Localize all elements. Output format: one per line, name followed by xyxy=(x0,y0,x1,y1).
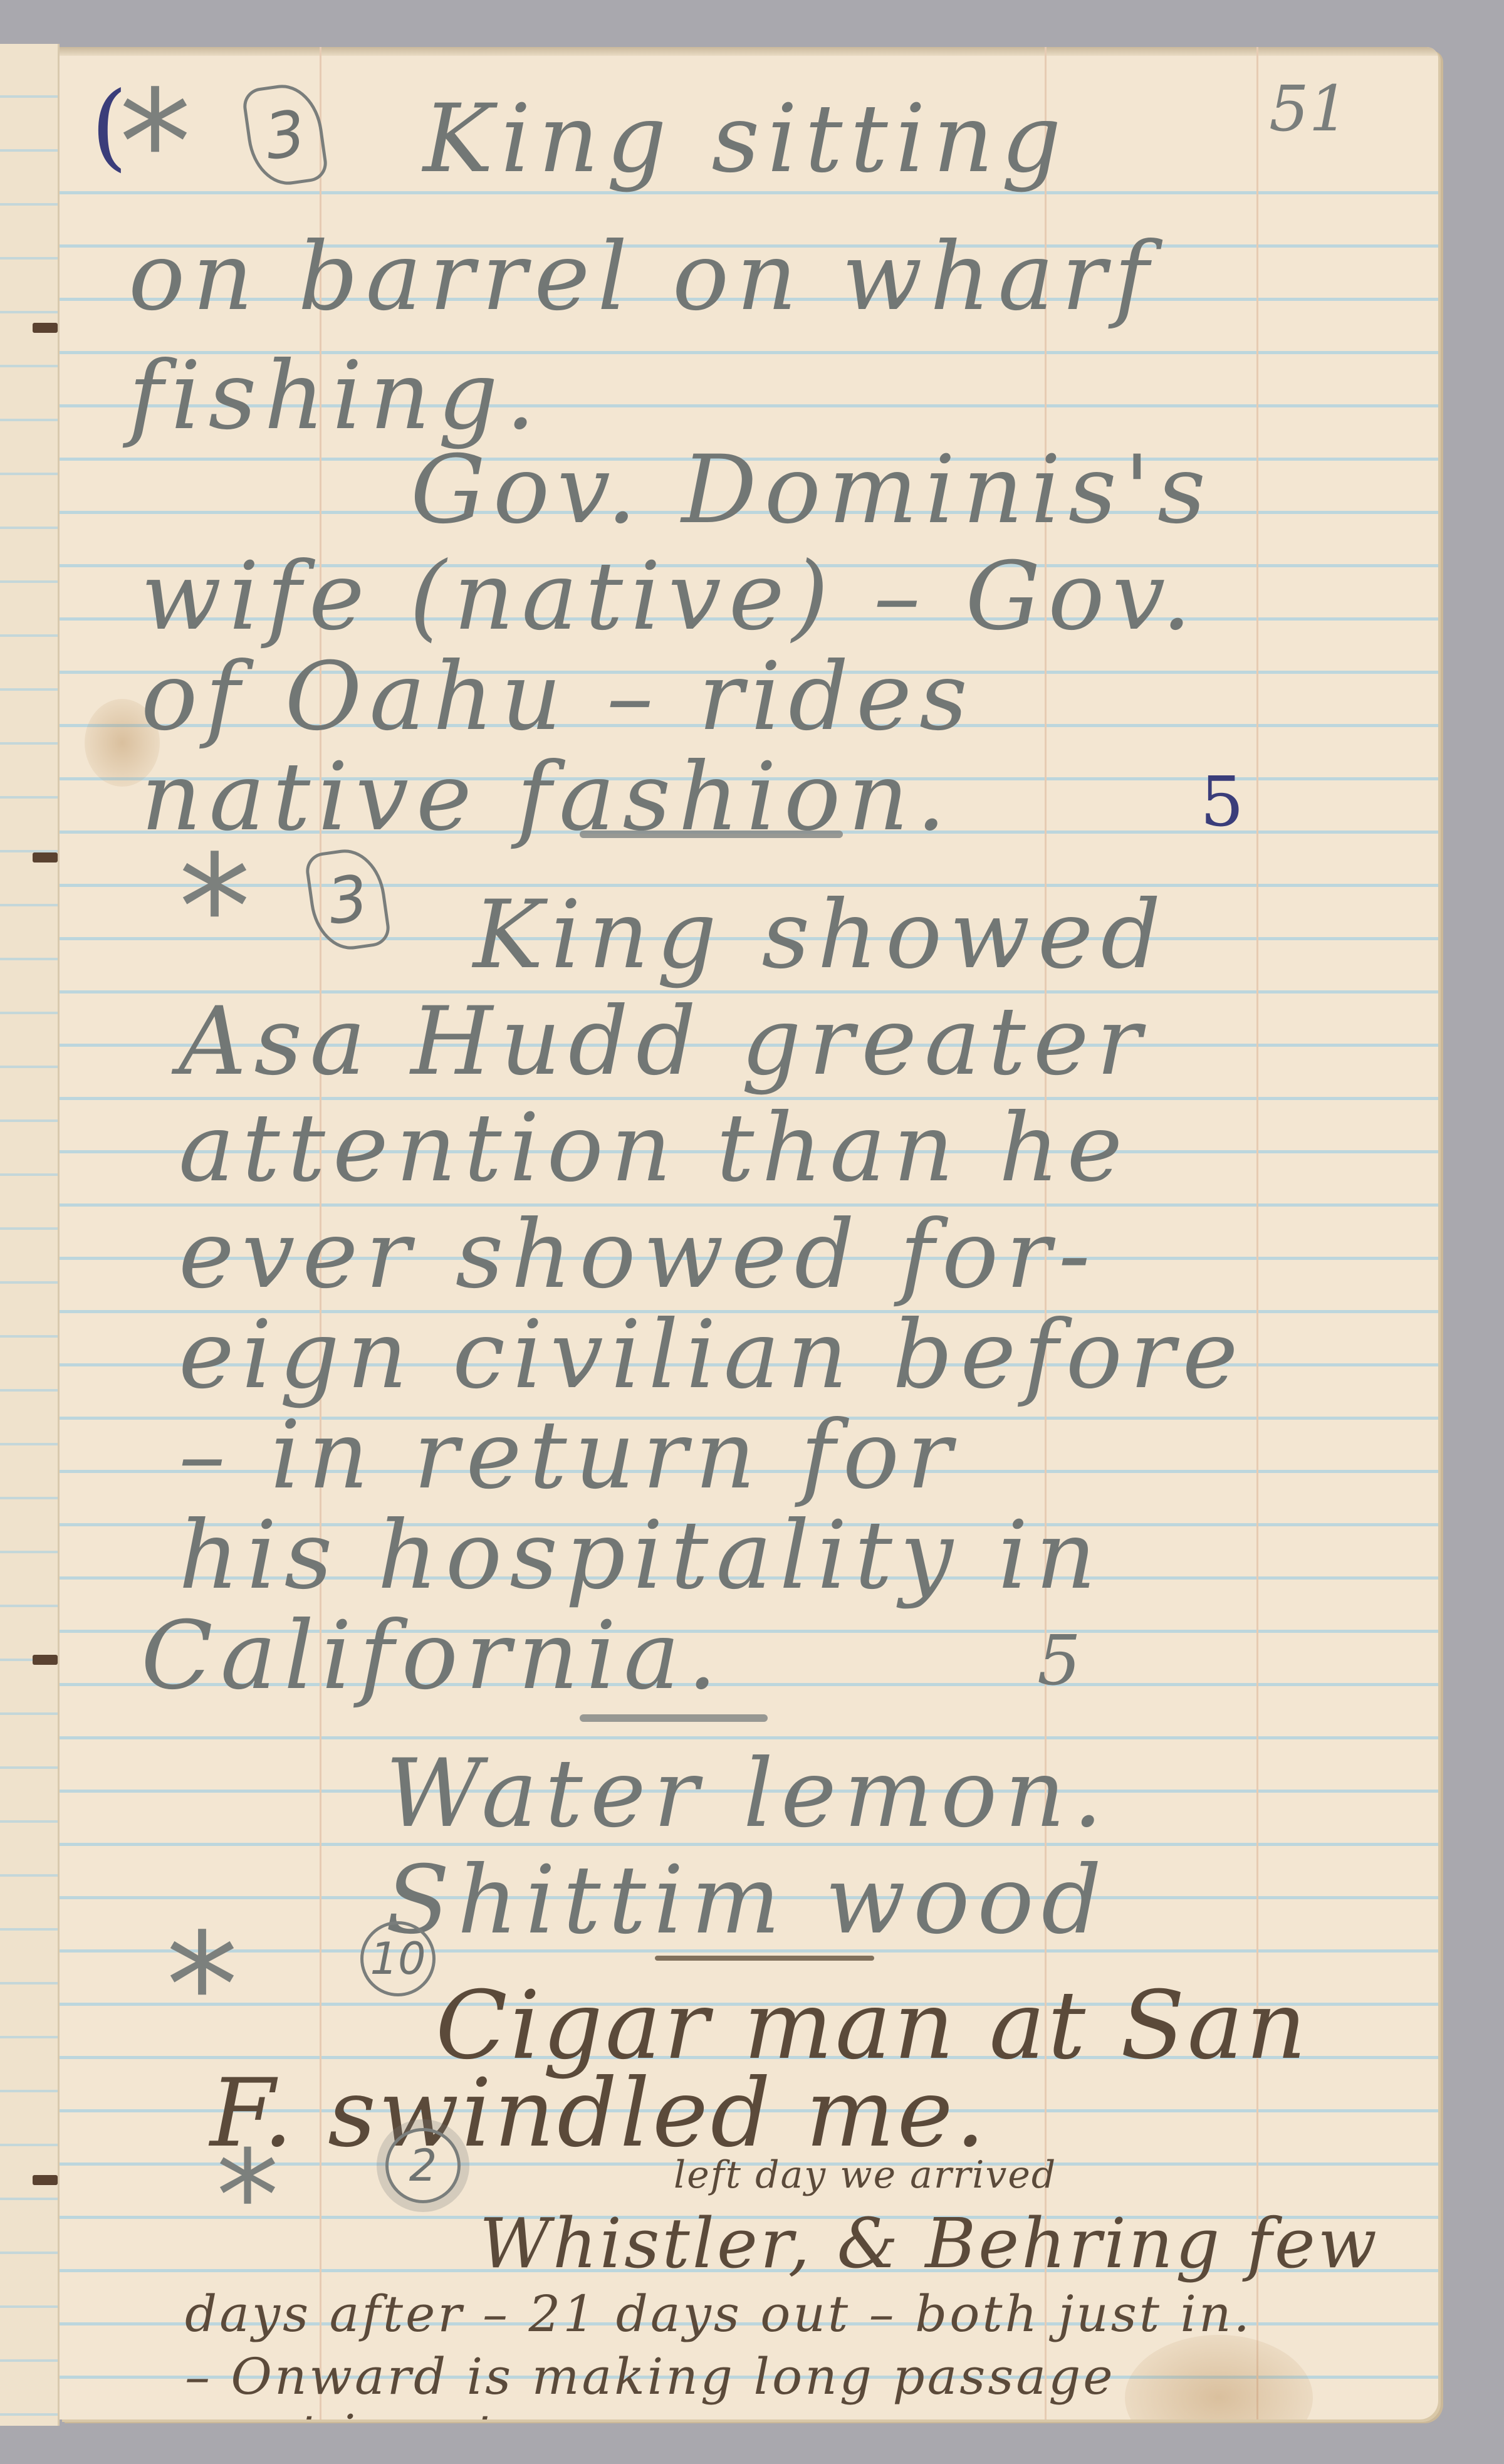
text-line: fishing. xyxy=(128,342,543,451)
text-line: California. xyxy=(141,1602,724,1711)
notebook-page: 51 ( * 3 King sitting on barrel on wharf… xyxy=(60,47,1438,2419)
asterisk-icon: * xyxy=(119,72,191,216)
text-line: eign civilian before xyxy=(179,1301,1246,1410)
sun-badge: 2 xyxy=(385,2128,461,2203)
text-line: days after – 21 days out – both just in. xyxy=(185,2285,1252,2343)
insertion-note: left day we arrived xyxy=(674,2153,1057,2197)
text-line: – not in yet. xyxy=(185,2404,515,2419)
section-divider xyxy=(580,831,843,838)
text-line: – in return for xyxy=(179,1401,959,1510)
stitch-hole xyxy=(33,1655,58,1665)
text-line: Water lemon. xyxy=(385,1739,1110,1848)
text-line: of Oahu – rides xyxy=(141,642,975,752)
binding-ruled-lines xyxy=(0,44,58,2426)
page-number: 51 xyxy=(1269,72,1349,145)
text-line: his hospitality in xyxy=(179,1501,1104,1610)
text-line: ever showed for- xyxy=(179,1200,1098,1309)
asterisk-icon: * xyxy=(179,837,251,981)
margin-mark: 5 xyxy=(1037,1620,1089,1701)
text-line: Gov. Dominis's xyxy=(410,436,1213,545)
text-line: Asa Hudd greater xyxy=(179,987,1149,1096)
text-line: King sitting xyxy=(423,85,1068,194)
binding-strip xyxy=(0,44,60,2426)
text-line: attention than he xyxy=(179,1094,1130,1203)
text-line: on barrel on wharf xyxy=(128,223,1156,332)
section-divider xyxy=(655,1956,874,1961)
asterisk-icon: * xyxy=(166,1915,238,2059)
text-line: wife (native) – Gov. xyxy=(141,542,1199,651)
text-line: King showed xyxy=(473,881,1168,990)
text-line: Shittim wood xyxy=(385,1846,1109,1955)
page-top-edge xyxy=(60,47,1438,56)
priority-badge: 10 xyxy=(360,1921,436,1996)
asterisk-icon: * xyxy=(216,2134,279,2260)
text-line: – Onward is making long passage xyxy=(185,2347,1115,2406)
stitch-hole xyxy=(33,852,58,862)
section-divider xyxy=(580,1714,768,1722)
stitch-hole xyxy=(33,2175,58,2185)
margin-mark: 5 xyxy=(1200,762,1251,842)
text-line: Whistler, & Behring few xyxy=(479,2203,1379,2283)
stitch-hole xyxy=(33,323,58,333)
text-line: F. swindled me. xyxy=(210,2059,988,2168)
